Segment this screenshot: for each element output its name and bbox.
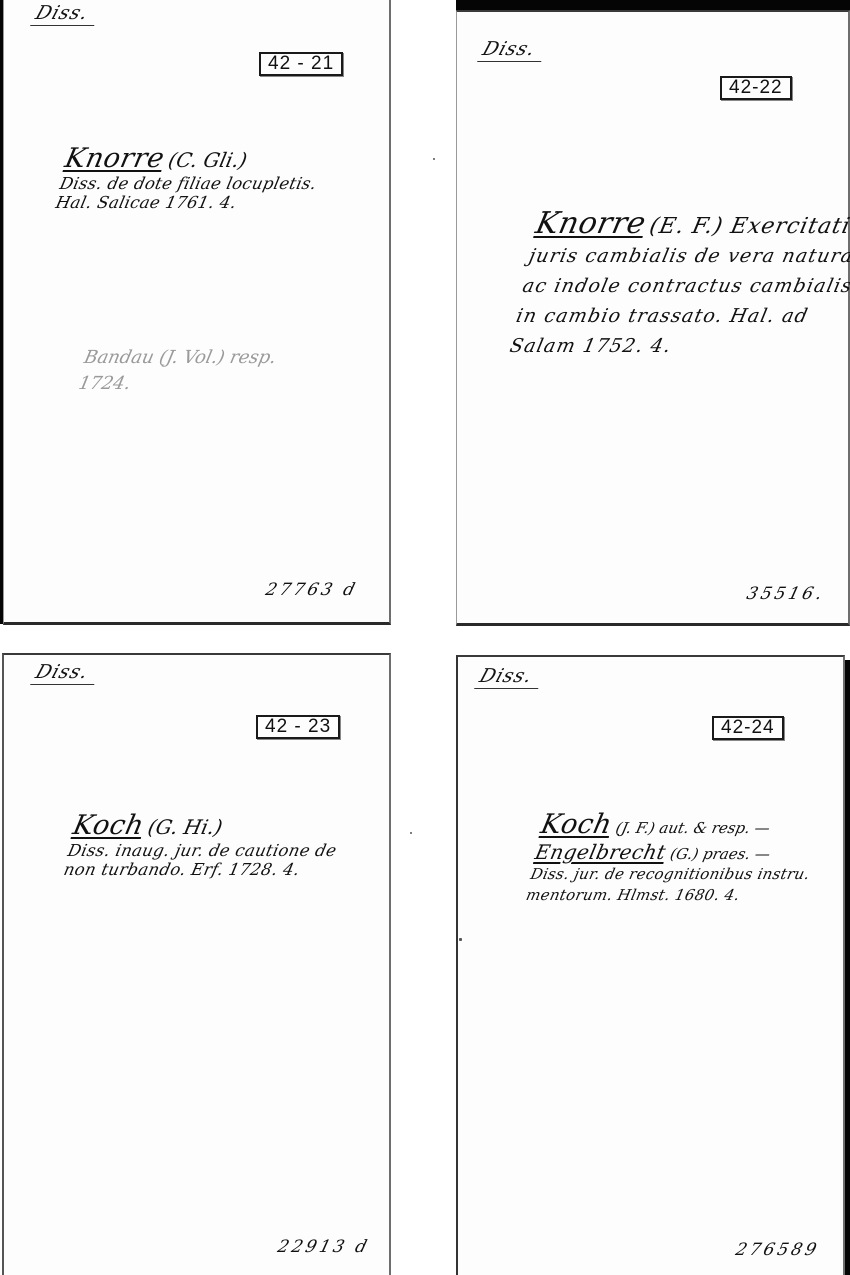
title-line: Diss. jur. de recognitionibus instru. xyxy=(528,864,811,885)
accession-number: 27763 d xyxy=(264,580,360,600)
author-initials: (G. Hi.) xyxy=(146,815,225,839)
title-line: juris cambialis de vera natura xyxy=(526,241,850,271)
faint-pencil-note: Bandau (J. Vol.) resp. 1724. xyxy=(76,345,279,397)
catalog-card-42-22: Diss. 42-22 Knorre (E. F.) Exercitatio j… xyxy=(456,10,850,626)
card-entry: Koch (J. F.) aut. & resp. — Engelbrecht … xyxy=(524,809,823,906)
title-line: Hal. Salicae 1761. 4. xyxy=(54,193,314,212)
title-line: non turbando. Erf. 1728. 4. xyxy=(62,860,334,879)
call-number: 42-22 xyxy=(720,76,792,100)
scan-speck xyxy=(459,938,462,941)
catalog-card-42-23: Diss. 42 - 23 Koch (G. Hi.) Diss. inaug.… xyxy=(2,653,391,1275)
note-line: Bandau (J. Vol.) resp. xyxy=(82,345,279,371)
praeses-name: Engelbrecht xyxy=(533,840,668,864)
header-mark: Diss. xyxy=(474,665,546,689)
call-number: 42 - 23 xyxy=(256,715,340,739)
card-entry: Knorre (E. F.) Exercitatio juris cambial… xyxy=(507,206,850,361)
header-mark: Diss. xyxy=(30,661,102,685)
praeses-role: (G.) praes. — xyxy=(669,845,772,863)
note-line: 1724. xyxy=(76,371,273,397)
author-initials: (C. Gli.) xyxy=(166,148,249,172)
accession-number: 276589 xyxy=(734,1240,822,1260)
author-name: Knorre xyxy=(62,143,167,174)
accession-number: 35516. xyxy=(745,584,827,604)
author-initials-title: (E. F.) Exercitatio xyxy=(647,214,850,239)
header-mark: Diss. xyxy=(30,2,102,26)
title-line: Diss. de dote filiae locupletis. xyxy=(58,174,318,193)
scan-edge-top xyxy=(456,0,850,10)
scan-speck xyxy=(410,832,412,834)
scan-speck xyxy=(433,158,435,160)
author-name: Koch xyxy=(538,809,615,840)
title-line: mentorum. Hlmst. 1680. 4. xyxy=(524,885,807,906)
title-line: Diss. inaug. jur. de cautione de xyxy=(66,841,338,860)
header-mark: Diss. xyxy=(477,38,549,62)
call-number: 42 - 21 xyxy=(259,52,343,76)
title-line: Salam 1752. 4. xyxy=(507,331,843,361)
catalog-card-42-21: Diss. 42 - 21 Knorre (C. Gli.) Diss. de … xyxy=(3,0,391,625)
author-name: Koch xyxy=(70,810,147,841)
accession-number: 22913 d xyxy=(276,1237,372,1257)
catalog-card-42-24: Diss. 42-24 Koch (J. F.) aut. & resp. — … xyxy=(456,655,845,1275)
scan-edge-right xyxy=(845,660,850,1275)
author-name: Knorre xyxy=(533,206,650,241)
title-line: ac indole contractus cambialis xyxy=(520,271,850,301)
card-entry: Koch (G. Hi.) Diss. inaug. jur. de cauti… xyxy=(62,810,345,879)
call-number: 42-24 xyxy=(712,716,784,740)
author-role: (J. F.) aut. & resp. — xyxy=(614,819,772,837)
title-line: in cambio trassato. Hal. ad xyxy=(513,301,849,331)
card-entry: Knorre (C. Gli.) Diss. de dote filiae lo… xyxy=(54,143,325,212)
